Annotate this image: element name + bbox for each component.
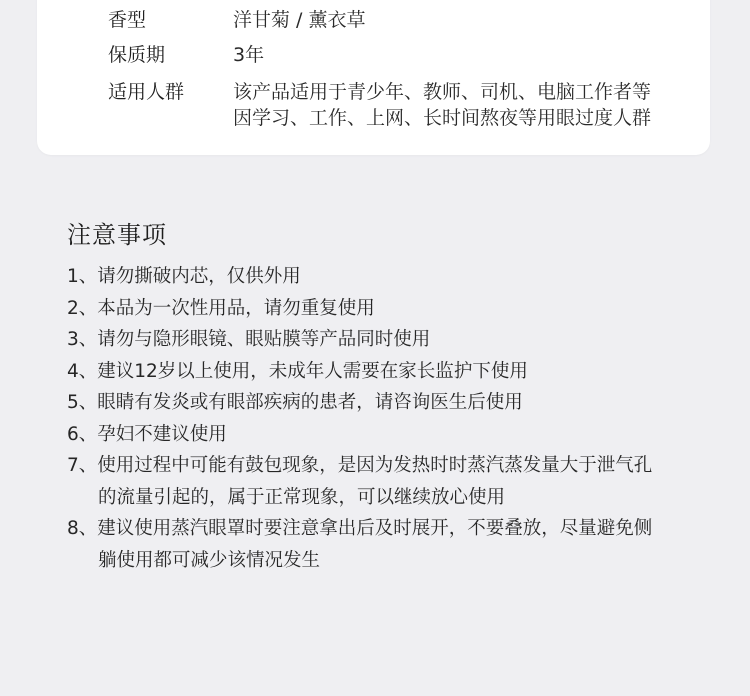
precaution-text: 1、请勿撕破内芯，仅供外用 <box>67 261 717 293</box>
spec-value-line: 洋甘菊 / 薰衣草 <box>233 7 365 33</box>
precaution-item-5: 5、眼睛有发炎或有眼部疾病的患者，请咨询医生后使用 <box>67 387 717 419</box>
precaution-item-4: 4、建议12岁以上使用，未成年人需要在家长监护下使用 <box>67 356 717 388</box>
spec-value-line: 3年 <box>233 42 264 68</box>
precaution-item-8: 8、建议使用蒸汽眼罩时要注意拿出后及时展开，不要叠放，尽量避免侧 躺使用都可减少… <box>67 513 717 576</box>
precautions-title: 注意事项 <box>67 218 717 252</box>
precautions-list: 1、请勿撕破内芯，仅供外用 2、本品为一次性用品，请勿重复使用 3、请勿与隐形眼… <box>67 261 717 576</box>
precaution-text: 7、使用过程中可能有鼓包现象，是因为发热时时蒸汽蒸发量大于泄气孔 <box>67 450 717 482</box>
precaution-text: 4、建议12岁以上使用，未成年人需要在家长监护下使用 <box>67 356 717 388</box>
spec-value-line: 因学习、工作、上网、长时间熬夜等用眼过度人群 <box>233 105 651 131</box>
precautions-section: 注意事项 1、请勿撕破内芯，仅供外用 2、本品为一次性用品，请勿重复使用 3、请… <box>67 218 717 576</box>
precaution-item-7: 7、使用过程中可能有鼓包现象，是因为发热时时蒸汽蒸发量大于泄气孔 的流量引起的，… <box>67 450 717 513</box>
precaution-text: 8、建议使用蒸汽眼罩时要注意拿出后及时展开，不要叠放，尽量避免侧 <box>67 513 717 545</box>
spec-label-fragrance: 香型 <box>108 7 146 33</box>
precaution-text: 5、眼睛有发炎或有眼部疾病的患者，请咨询医生后使用 <box>67 387 717 419</box>
precaution-text-continued: 的流量引起的，属于正常现象，可以继续放心使用 <box>67 482 717 514</box>
precaution-item-2: 2、本品为一次性用品，请勿重复使用 <box>67 293 717 325</box>
precaution-item-6: 6、孕妇不建议使用 <box>67 419 717 451</box>
spec-value-target-users: 该产品适用于青少年、教师、司机、电脑工作者等 因学习、工作、上网、长时间熬夜等用… <box>233 79 651 131</box>
precaution-text: 6、孕妇不建议使用 <box>67 419 717 451</box>
precaution-text: 3、请勿与隐形眼镜、眼贴膜等产品同时使用 <box>67 324 717 356</box>
spec-value-fragrance: 洋甘菊 / 薰衣草 <box>233 7 365 33</box>
spec-value-line: 该产品适用于青少年、教师、司机、电脑工作者等 <box>233 79 651 105</box>
precaution-text-continued: 躺使用都可减少该情况发生 <box>67 545 717 577</box>
precaution-text: 2、本品为一次性用品，请勿重复使用 <box>67 293 717 325</box>
spec-label-shelf-life: 保质期 <box>108 42 165 68</box>
precaution-item-1: 1、请勿撕破内芯，仅供外用 <box>67 261 717 293</box>
spec-label-target-users: 适用人群 <box>108 79 184 105</box>
product-spec-card: 香型 洋甘菊 / 薰衣草 保质期 3年 适用人群 该产品适用于青少年、教师、司机… <box>37 0 710 155</box>
spec-value-shelf-life: 3年 <box>233 42 264 68</box>
precaution-item-3: 3、请勿与隐形眼镜、眼贴膜等产品同时使用 <box>67 324 717 356</box>
